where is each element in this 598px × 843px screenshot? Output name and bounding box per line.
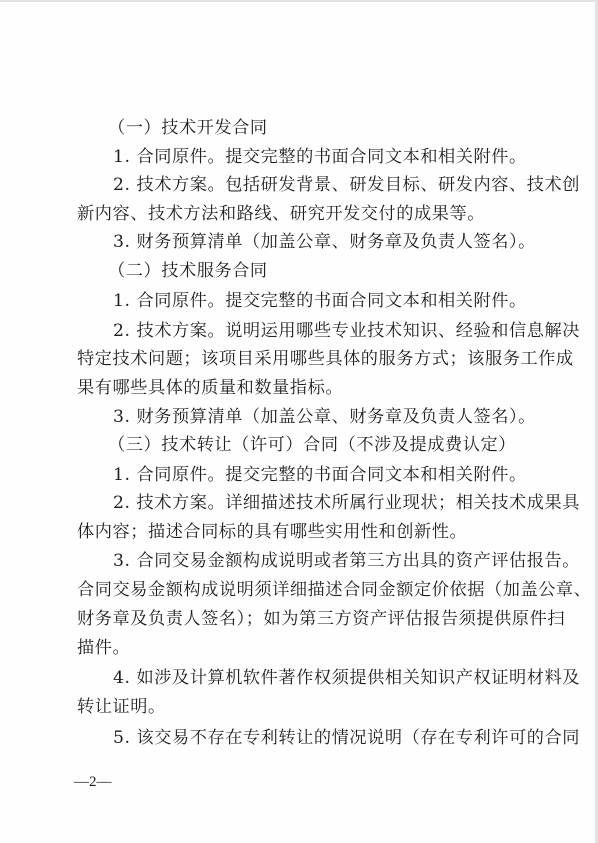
section-1-item-2: 2. 技术方案。包括研发背景、研发目标、研发内容、技术创 <box>113 173 580 197</box>
section-3-item-3: 3. 合同交易金额构成说明或者第三方出具的资产评估报告。 <box>113 549 580 573</box>
page-number: —2— <box>74 774 112 791</box>
section-3-item-3-cont-1: 合同交易金额构成说明须详细描述合同金额定价依据（加盖公章、 <box>77 578 591 602</box>
section-3-item-3-cont-2: 财务章及负责人签名）；如为第三方资产评估报告须提供原件扫 <box>77 607 565 631</box>
section-3-item-5: 5. 该交易不存在专利转让的情况说明（存在专利许可的合同 <box>113 726 580 750</box>
section-2-item-1: 1. 合同原件。提交完整的书面合同文本和相关附件。 <box>113 289 527 313</box>
section-2-item-3: 3. 财务预算清单（加盖公章、财务章及负责人签名）。 <box>113 405 536 429</box>
section-3-item-2: 2. 技术方案。详细描述技术所属行业现状；相关技术成果具 <box>113 491 580 515</box>
section-3-item-4-cont: 转让证明。 <box>77 695 166 719</box>
section-heading-1: （一）技术开发合同 <box>108 116 268 140</box>
section-1-item-2-cont: 新内容、技术方法和路线、研究开发交付的成果等。 <box>77 202 485 226</box>
section-3-item-1: 1. 合同原件。提交完整的书面合同文本和相关附件。 <box>113 463 527 487</box>
section-2-item-2: 2. 技术方案。说明运用哪些专业技术知识、经验和信息解决 <box>113 319 580 343</box>
section-3-item-3-cont-3: 描件。 <box>77 636 130 660</box>
section-heading-3: （三）技术转让（许可）合同（不涉及提成费认定） <box>108 433 516 457</box>
section-3-item-2-cont: 体内容；描述合同标的具有哪些实用性和创新性。 <box>77 520 467 544</box>
section-1-item-1: 1. 合同原件。提交完整的书面合同文本和相关附件。 <box>113 145 527 169</box>
document-page: （一）技术开发合同 1. 合同原件。提交完整的书面合同文本和相关附件。 2. 技… <box>0 2 595 843</box>
section-1-item-3: 3. 财务预算清单（加盖公章、财务章及负责人签名）。 <box>113 230 536 254</box>
section-3-item-4: 4. 如涉及计算机软件著作权须提供相关知识产权证明材料及 <box>113 666 580 690</box>
section-2-item-2-cont-2: 果有哪些具体的质量和数量指标。 <box>77 376 343 400</box>
section-2-item-2-cont-1: 特定技术问题；该项目采用哪些具体的服务方式；该服务工作成 <box>77 347 574 371</box>
section-heading-2: （二）技术服务合同 <box>108 259 268 283</box>
